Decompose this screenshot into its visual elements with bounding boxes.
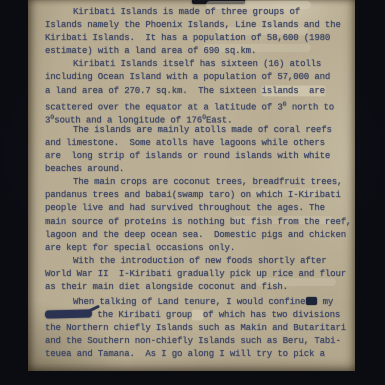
text-segment: Kiribati Islands. It has a population of… [45, 33, 330, 43]
text-segment: The main crops are coconut trees, breadf… [73, 177, 342, 187]
text-line: Kiribati Islands is made of three groups… [45, 6, 351, 19]
text-segment: beaches around. [45, 164, 124, 174]
text-segment [192, 310, 203, 320]
crossed-out-word [45, 310, 92, 319]
text-segment: main source of proteins is nothing but f… [45, 217, 351, 227]
text-segment: my [317, 297, 333, 307]
text-line: people live and had survived throughout … [45, 202, 351, 215]
text-line: Kiribati Islands itself has sixteen (16)… [45, 58, 351, 71]
text-line: Islands namely the Phoenix Islands, Line… [45, 19, 351, 32]
text-line: scattered over the equator at a latitude… [45, 98, 351, 111]
text-segment: are kept for special occasions only. [45, 243, 235, 253]
text-line: and the Southern non-chiefly Islands suc… [45, 335, 351, 348]
text-segment: as their main diet alongside coconut and… [45, 282, 288, 292]
text-line: The main crops are coconut trees, breadf… [45, 176, 351, 189]
document-paper: Kiribati Islands is made of three groups… [28, 0, 355, 371]
text-segment: people live and had survived throughout … [45, 203, 325, 213]
text-segment: including Ocean Island with a population… [45, 72, 330, 82]
text-segment: and the Southern non-chiefly Islands suc… [45, 336, 341, 346]
text-segment: World War II I-Kiribati gradually pick u… [45, 269, 346, 279]
text-line: pandanus trees and babai(swamp taro) on … [45, 189, 351, 202]
text-segment: a land area of 270.7 sq.km. The sixteen [45, 86, 262, 96]
text-segment: pandanus trees and babai(swamp taro) on … [45, 190, 341, 200]
text-segment: the Northern chiefly Islands such as Mak… [45, 323, 346, 333]
text-segment: When talking of Land tenure, I would con… [73, 297, 305, 307]
text-line: and limestone. Some atolls have lagoons … [45, 137, 351, 150]
text-line: estimate) with a land area of 690 sq.km. [45, 45, 351, 58]
text-segment: of which has two divisions [203, 310, 340, 320]
text-line: Kiribati Islands. It has a population of… [45, 32, 351, 45]
cut-off-heading-mark [192, 0, 245, 4]
ink-blob [306, 297, 317, 305]
text-segment: With the introduction of new foods short… [73, 256, 326, 266]
text-line: main source of proteins is nothing but f… [45, 216, 351, 229]
text-line: are long strip of islands or round islan… [45, 150, 351, 163]
typed-text: Kiribati Islands is made of three groups… [45, 6, 351, 362]
text-segment: estimate) with a land area of 690 sq.km. [45, 46, 256, 56]
text-line: as their main diet alongside coconut and… [45, 281, 351, 294]
photo-frame: Kiribati Islands is made of three groups… [0, 0, 385, 385]
text-segment: and limestone. Some atolls have lagoons … [45, 138, 325, 148]
text-line: World War II I-Kiribati gradually pick u… [45, 268, 351, 281]
text-segment: Islands namely the Phoenix Islands, Line… [45, 20, 341, 30]
text-segment: are long strip of islands or round islan… [45, 151, 330, 161]
text-segment: Kiribati Islands is made of three groups… [73, 7, 300, 17]
text-line: the Kiribati group of which has two divi… [45, 309, 351, 322]
text-line: teuea and Tamana. As I go along I will t… [45, 348, 351, 361]
text-segment: the Kiribati group [92, 310, 192, 320]
text-segment: north to [287, 102, 335, 112]
text-line: With the introduction of new foods short… [45, 255, 351, 268]
text-segment: lagoon and the deep ocean sea. Domestic … [45, 230, 346, 240]
text-line: a land area of 270.7 sq.km. The sixteen … [45, 85, 351, 98]
text-line: 30south and a longitude of 1760East. [45, 111, 351, 124]
text-line: beaches around. [45, 163, 351, 176]
text-line: including Ocean Island with a population… [45, 71, 351, 84]
text-segment: teuea and Tamana. As I go along I will t… [45, 349, 325, 359]
text-line: The islands are mainly atolls made of co… [45, 124, 351, 137]
text-line: the Northern chiefly Islands such as Mak… [45, 322, 351, 335]
text-line: are kept for special occasions only. [45, 242, 351, 255]
text-segment: The islands are mainly atolls made of co… [73, 125, 332, 135]
text-segment: islands are [262, 86, 325, 96]
text-segment: Kiribati Islands itself has sixteen (16)… [73, 59, 321, 69]
text-line: lagoon and the deep ocean sea. Domestic … [45, 229, 351, 242]
